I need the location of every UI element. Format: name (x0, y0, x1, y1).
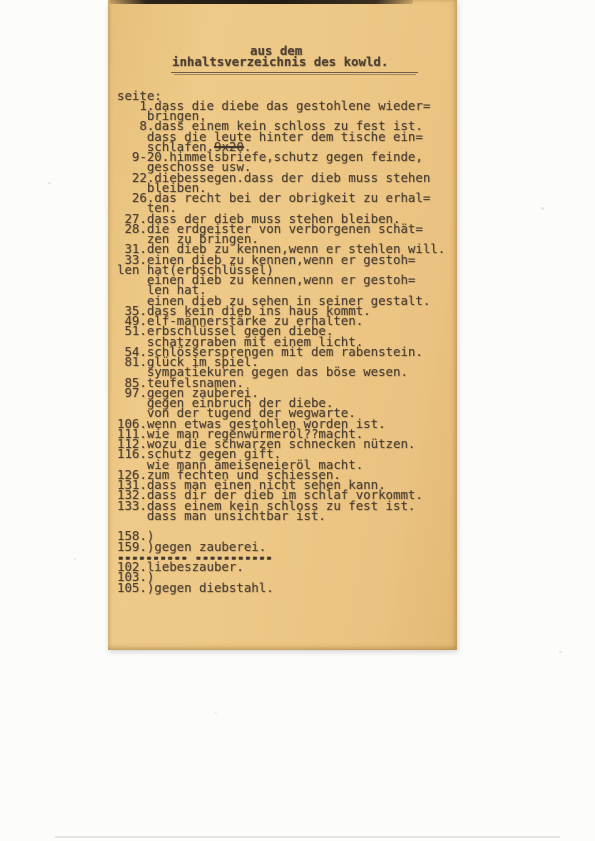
scan-speck (74, 558, 76, 560)
scan-speck (214, 712, 217, 714)
paper-sheet: aus dem inhaltsverzeichnis des kowld. se… (108, 0, 457, 650)
scan-speck (559, 651, 562, 653)
scan-artifact-line (55, 836, 560, 838)
document-line: 102.liebeszauber. (117, 562, 453, 572)
scan-speck (541, 207, 544, 210)
scan-background: aus dem inhaltsverzeichnis des kowld. se… (0, 0, 595, 841)
header-line-2: inhaltsverzeichnis des kowld. (172, 56, 388, 67)
document-lines: seite: 1.dass die diebe das gestohlene w… (117, 91, 453, 593)
header-underline (171, 72, 418, 74)
scan-dark-edge (110, 0, 413, 4)
header-underline-double (174, 74, 416, 75)
scan-speck (48, 182, 51, 184)
document-line: 105.)gegen diebstahl. (117, 583, 453, 593)
